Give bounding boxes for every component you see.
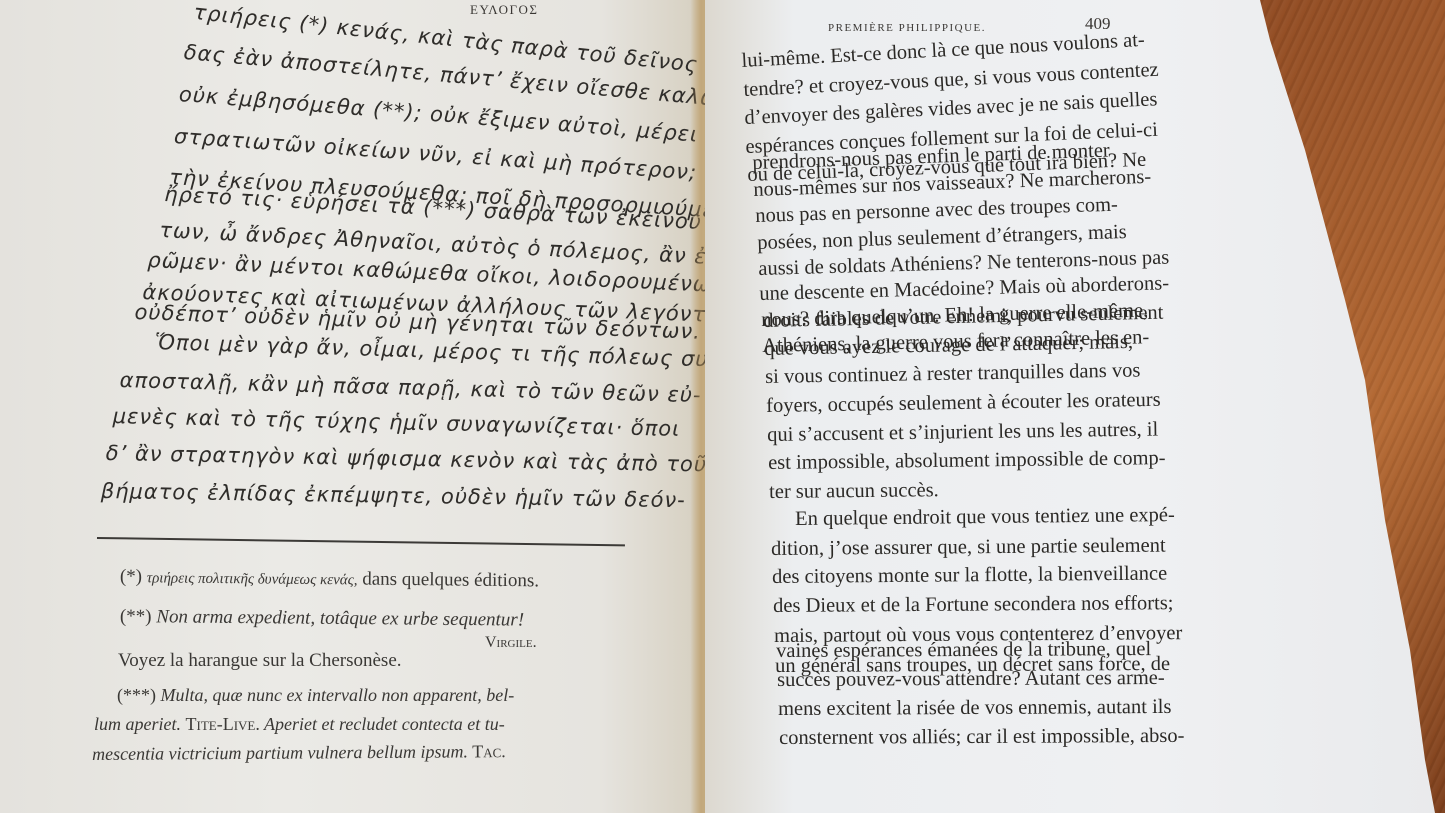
footnote-italic: mescentia victricium partium vulnera bel… bbox=[92, 741, 468, 764]
text-line: des Dieux et de la Fortune secondera nos… bbox=[773, 592, 1174, 618]
footnote-marker: (*) bbox=[120, 566, 142, 587]
footnote-attribution-virgile: Virgile. bbox=[485, 634, 537, 652]
footnote-3-line-2: lum aperiet. Tite-Live. Aperiet et reclu… bbox=[94, 714, 505, 735]
greek-line: μενὲς καὶ τὸ τῆς τύχης ἡμῖν συναγωνίζετα… bbox=[112, 404, 680, 441]
text-line: dition, j’ose assurer que, si une partie… bbox=[771, 535, 1166, 561]
text-line: consternent vos alliés; car il est impos… bbox=[779, 725, 1184, 750]
footnote-1: (*) τριήρεις πολιτικῆς δυνάμεως κενάς, d… bbox=[120, 566, 539, 592]
text-line: foyers, occupés seulement à écouter les … bbox=[766, 389, 1161, 418]
left-page: ΕΥΛΟΓΟΣ τριήρεις (*) κενάς, καὶ τὰς παρὰ… bbox=[0, 0, 705, 813]
footnote-italic: Non arma expedient, totâque ex urbe sequ… bbox=[156, 606, 524, 630]
text-line: des citoyens monte sur la flotte, la bie… bbox=[772, 563, 1167, 589]
text-line: si vous continuez à rester tranquilles d… bbox=[765, 359, 1141, 389]
left-running-head: ΕΥΛΟΓΟΣ bbox=[470, 2, 538, 18]
running-head: Première Philippique. bbox=[828, 22, 986, 34]
footnote-italic: τριήρεις πολιτικῆς δυνάμεως κενάς, bbox=[147, 570, 358, 588]
greek-line: αποσταλῇ, κἂν μὴ πᾶσα παρῇ, καὶ τὸ τῶν θ… bbox=[119, 368, 701, 407]
footnote-italic: Multa, quæ nunc ex intervallo non appare… bbox=[161, 685, 515, 705]
footnote-marker: (**) bbox=[120, 606, 152, 627]
footnote-attribution-titelive: Tite-Live. bbox=[186, 714, 260, 734]
footnote-italic: lum aperiet. bbox=[94, 714, 181, 734]
footnote-marker: (***) bbox=[117, 685, 156, 705]
footnote-see-also: Voyez la harangue sur la Chersonèse. bbox=[118, 650, 402, 672]
footnote-attribution-tacite: Tac. bbox=[468, 741, 506, 761]
text-line: vaines espérances émanées de la tribune,… bbox=[776, 638, 1151, 663]
text-line: qui s’accusent et s’injurient les uns le… bbox=[767, 419, 1158, 447]
text-line: En quelque endroit que vous tentiez une … bbox=[795, 504, 1175, 531]
greek-line: βήματος ἐλπίδας ἐκπέμψητε, οὐδὲν ἡμῖν τῶ… bbox=[101, 479, 686, 512]
footnote-divider bbox=[97, 537, 625, 546]
footnote-3: (***) Multa, quæ nunc ex intervallo non … bbox=[117, 685, 514, 706]
text-line: mens excitent la risée de vos ennemis, a… bbox=[778, 696, 1171, 721]
footnote-2: (**) Non arma expedient, totâque ex urbe… bbox=[120, 606, 524, 632]
text-line: succès pouvez-vous attendre? Autant ces … bbox=[777, 667, 1165, 692]
footnote-3-line-3: mescentia victricium partium vulnera bel… bbox=[92, 741, 506, 765]
footnote-italic: Aperiet et recludet contecta et tu- bbox=[260, 714, 505, 734]
footnote-text: dans quelques éditions. bbox=[357, 568, 539, 591]
text-line: est impossible, absolument impossible de… bbox=[768, 447, 1166, 475]
greek-line: δ’ ἂν στρατηγὸν καὶ ψήφισμα κενὸν καὶ τὰ… bbox=[106, 441, 708, 477]
text-line: ter sur aucun succès. bbox=[769, 479, 939, 504]
